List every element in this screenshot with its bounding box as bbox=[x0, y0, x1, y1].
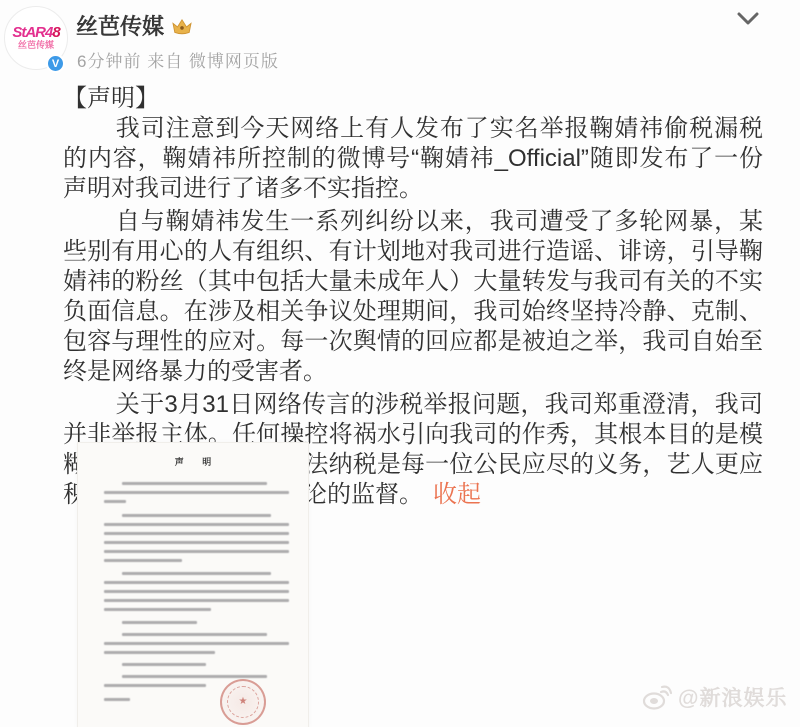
avatar-logo-subtext: 丝芭传媒 bbox=[18, 40, 54, 51]
weibo-post-card: StAR48 丝芭传媒 V 丝芭传媒 6分钟前 来自 微博网页版 【声明】 我司… bbox=[0, 0, 800, 727]
scan-text-line bbox=[104, 491, 289, 494]
timestamp: 6分钟前 bbox=[77, 52, 141, 71]
scan-text-line bbox=[104, 590, 289, 593]
vip-crown-icon bbox=[171, 18, 193, 36]
seal-star-icon: ★ bbox=[239, 697, 248, 707]
seal-inner-ring: ★ bbox=[227, 686, 259, 718]
scan-text-line bbox=[104, 581, 289, 584]
scan-text-line bbox=[104, 550, 289, 553]
avatar-logo-text: StAR48 bbox=[12, 25, 59, 40]
scan-text-line bbox=[122, 621, 197, 624]
scan-text-line bbox=[104, 599, 289, 602]
post-title: 【声明】 bbox=[63, 84, 763, 114]
document-text-lines bbox=[104, 443, 289, 727]
post-paragraph: 自与鞠婧祎发生一系列纠纷以来，我司遭受了多轮网暴，某些别有用心的人有组织、有计划… bbox=[63, 207, 763, 387]
scan-text-line bbox=[104, 541, 289, 544]
company-seal-stamp: ★ bbox=[220, 679, 266, 725]
scan-text-line bbox=[104, 698, 130, 701]
weibo-logo-icon bbox=[642, 684, 672, 710]
chevron-down-icon[interactable] bbox=[733, 4, 763, 34]
scan-text-line bbox=[122, 572, 271, 575]
collapse-link[interactable]: 收起 bbox=[433, 481, 481, 508]
username[interactable]: 丝芭传媒 bbox=[76, 10, 164, 41]
scan-text-line bbox=[104, 559, 182, 562]
post-meta: 6分钟前 来自 微博网页版 bbox=[77, 47, 279, 72]
scan-text-line bbox=[122, 663, 206, 666]
scan-text-line bbox=[122, 633, 267, 636]
scan-text-line bbox=[104, 642, 289, 645]
scan-text-line bbox=[104, 608, 211, 611]
verified-badge-icon: V bbox=[46, 54, 65, 73]
scan-text-line bbox=[104, 500, 126, 503]
scan-text-line bbox=[104, 532, 289, 535]
source-label[interactable]: 来自 微博网页版 bbox=[147, 52, 279, 71]
post-paragraph: 我司注意到今天网络上有人发布了实名举报鞠婧祎偷税漏税的内容，鞠婧祎所控制的微博号… bbox=[63, 114, 763, 204]
scan-text-line bbox=[122, 482, 267, 485]
scan-text-line bbox=[122, 675, 267, 678]
post-header: StAR48 丝芭传媒 V 丝芭传媒 6分钟前 来自 微博网页版 bbox=[0, 0, 800, 84]
attachment-scanned-statement[interactable]: 声 明 ★ bbox=[77, 442, 309, 727]
watermark-handle: @新浪娱乐 bbox=[678, 682, 787, 712]
scan-text-line bbox=[122, 514, 271, 517]
scan-text-line bbox=[104, 684, 206, 687]
scan-text-line bbox=[104, 651, 215, 654]
scan-text-line bbox=[104, 523, 289, 526]
watermark: @新浪娱乐 bbox=[642, 682, 787, 712]
